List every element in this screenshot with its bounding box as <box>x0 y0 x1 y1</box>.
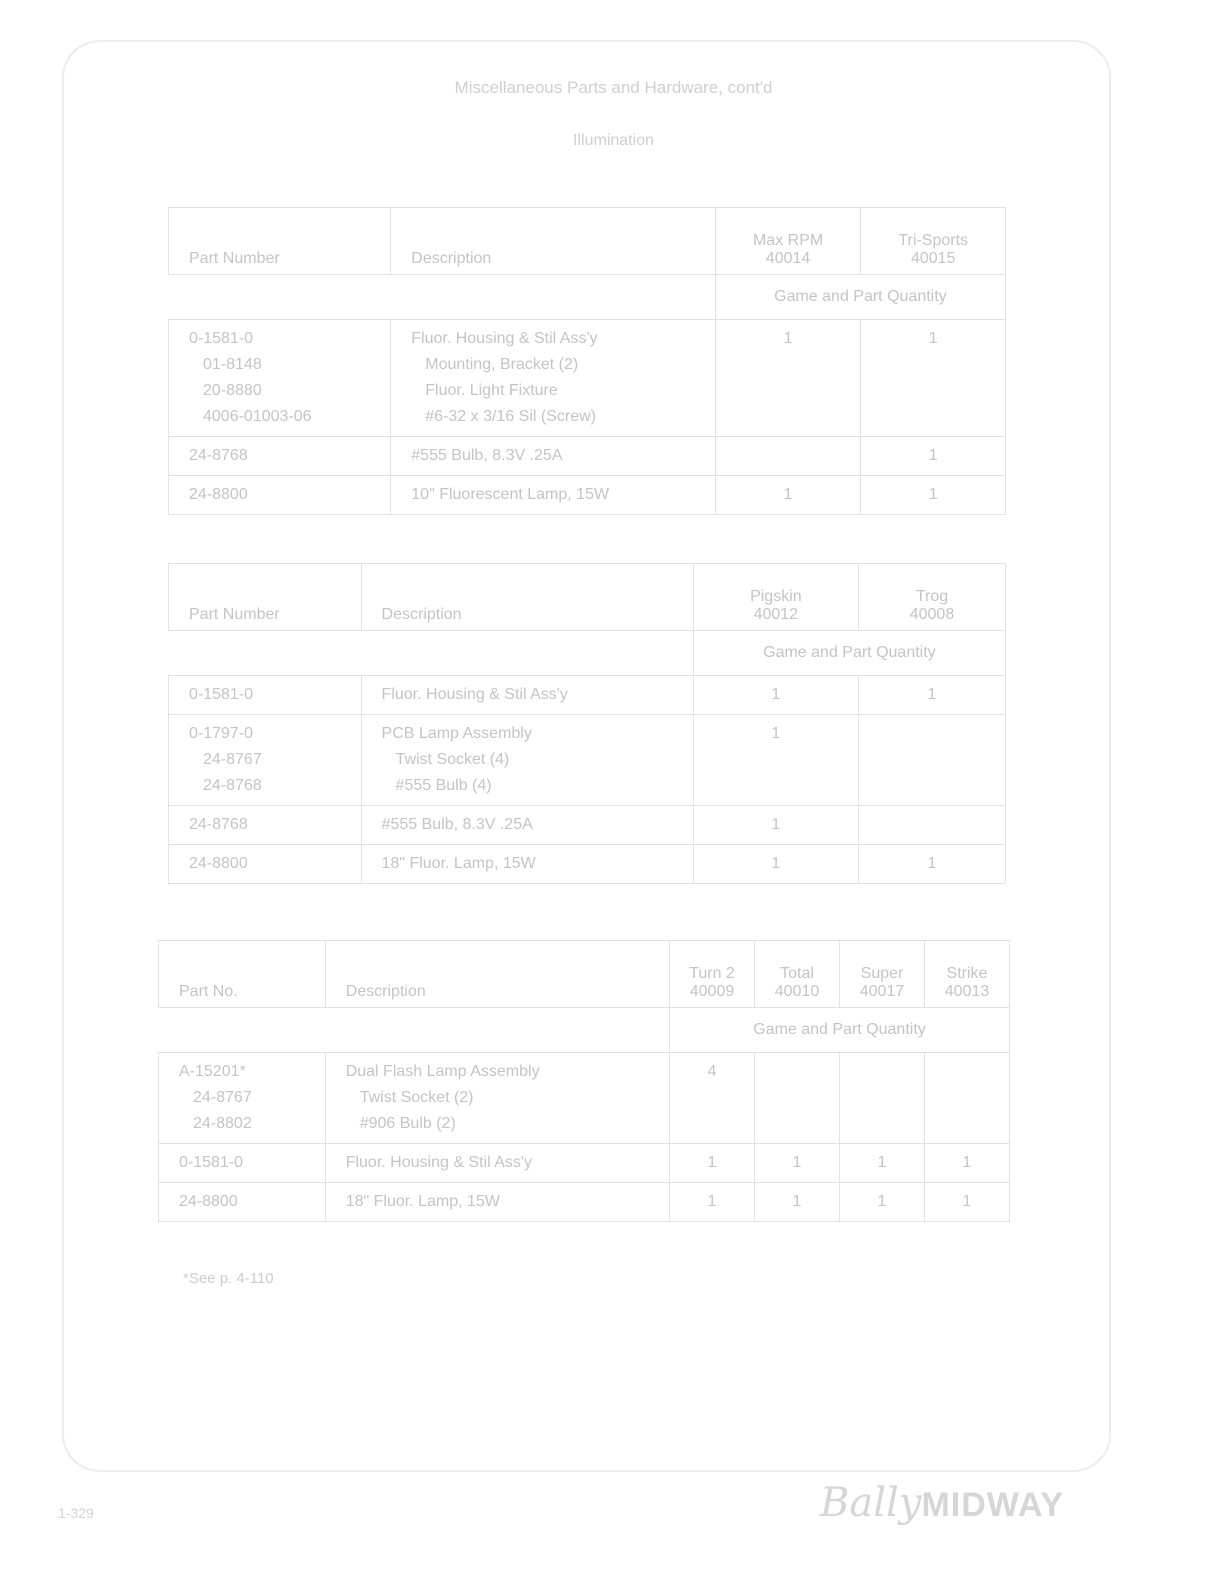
quantity-cell <box>755 1053 840 1144</box>
quantity-cell: 1 <box>861 437 1006 476</box>
main-line: 18" Fluor. Lamp, 15W <box>346 1189 649 1215</box>
header-part-number: Part Number <box>169 208 391 275</box>
quantity-cell <box>858 715 1005 806</box>
parts-table-2: Part NumberDescriptionPigskin40012Trog40… <box>168 563 1006 884</box>
quantity-cell: 1 <box>925 1183 1010 1222</box>
main-line: Dual Flash Lamp Assembly <box>346 1059 649 1085</box>
game-number: 40012 <box>700 606 852 624</box>
sub-line: #555 Bulb (4) <box>382 773 673 799</box>
description-cell: Fluor. Housing & Stil Ass'yMounting, Bra… <box>391 320 716 437</box>
table-row: 0-1581-0Fluor. Housing & Stil Ass'y1111 <box>159 1144 1010 1183</box>
main-line: Fluor. Housing & Stil Ass'y <box>382 682 673 708</box>
page-title: Miscellaneous Parts and Hardware, cont'd <box>0 78 1227 98</box>
header-game: Turn 240009 <box>670 941 755 1008</box>
main-line: 24-8800 <box>189 851 341 877</box>
sub-line: 24-8768 <box>189 773 341 799</box>
main-line: #555 Bulb, 8.3V .25A <box>411 443 695 469</box>
parts-table-1: Part NumberDescriptionMax RPM40014Tri-Sp… <box>168 207 1006 515</box>
part-number-cell: A-15201*24-876724-8802 <box>159 1053 326 1144</box>
header-part-number: Part No. <box>159 941 326 1008</box>
main-line: 24-8768 <box>189 812 341 838</box>
quantity-cell: 1 <box>840 1183 925 1222</box>
header-description: Description <box>325 941 669 1008</box>
main-line: 24-8800 <box>179 1189 305 1215</box>
table-row: 0-1581-001-814820-88804006-01003-06Fluor… <box>169 320 1006 437</box>
table-row: 24-880010" Fluorescent Lamp, 15W11 <box>169 476 1006 515</box>
part-number-cell: 24-8768 <box>169 806 362 845</box>
quantity-cell: 1 <box>715 476 861 515</box>
subheader-row: Game and Part Quantity <box>169 631 1006 676</box>
header-description: Description <box>391 208 716 275</box>
quantity-cell <box>840 1053 925 1144</box>
subheader-blank <box>169 275 716 320</box>
game-number: 40013 <box>931 983 1003 1001</box>
table-row: 24-880018" Fluor. Lamp, 15W1111 <box>159 1183 1010 1222</box>
description-cell: PCB Lamp AssemblyTwist Socket (4)#555 Bu… <box>361 715 693 806</box>
table-row: 0-1581-0Fluor. Housing & Stil Ass'y11 <box>169 676 1006 715</box>
description-cell: Fluor. Housing & Stil Ass'y <box>325 1144 669 1183</box>
subheader-row: Game and Part Quantity <box>169 275 1006 320</box>
logo-script: Bally <box>820 1480 921 1526</box>
main-line: #555 Bulb, 8.3V .25A <box>382 812 673 838</box>
main-line: A-15201* <box>179 1059 305 1085</box>
sub-line: 24-8767 <box>179 1085 305 1111</box>
footnote: *See p. 4-110 <box>183 1270 274 1287</box>
game-number: 40008 <box>865 606 999 624</box>
part-number-cell: 24-8800 <box>159 1183 326 1222</box>
header-part-number: Part Number <box>169 564 362 631</box>
subheader-row: Game and Part Quantity <box>159 1008 1010 1053</box>
sub-line: 01-8148 <box>189 352 370 378</box>
quantity-cell: 1 <box>925 1144 1010 1183</box>
subheader-quantity: Game and Part Quantity <box>715 275 1005 320</box>
header-game: Max RPM40014 <box>715 208 861 275</box>
game-number: 40015 <box>867 250 999 268</box>
main-line: 24-8768 <box>189 443 370 469</box>
main-line: 10" Fluorescent Lamp, 15W <box>411 482 695 508</box>
game-name: Turn 2 <box>676 965 748 983</box>
quantity-cell: 1 <box>755 1144 840 1183</box>
subheader-quantity: Game and Part Quantity <box>693 631 1005 676</box>
main-line: PCB Lamp Assembly <box>382 721 673 747</box>
header-game: Super40017 <box>840 941 925 1008</box>
table-row: 24-8768#555 Bulb, 8.3V .25A1 <box>169 806 1006 845</box>
header-game: Strike40013 <box>925 941 1010 1008</box>
header-game: Total40010 <box>755 941 840 1008</box>
part-number-cell: 0-1797-024-876724-8768 <box>169 715 362 806</box>
quantity-cell <box>858 806 1005 845</box>
quantity-cell: 1 <box>693 715 858 806</box>
description-cell: Dual Flash Lamp AssemblyTwist Socket (2)… <box>325 1053 669 1144</box>
sub-line: #6-32 x 3/16 Sil (Screw) <box>411 404 695 430</box>
game-name: Pigskin <box>700 588 852 606</box>
main-line: 18" Fluor. Lamp, 15W <box>382 851 673 877</box>
subheader-blank <box>159 1008 670 1053</box>
section-subtitle: Illumination <box>0 132 1227 150</box>
subheader-quantity: Game and Part Quantity <box>670 1008 1010 1053</box>
page-number: 1-329 <box>58 1505 94 1521</box>
quantity-cell: 1 <box>861 476 1006 515</box>
main-line: 0-1581-0 <box>189 326 370 352</box>
quantity-cell <box>925 1053 1010 1144</box>
game-number: 40010 <box>761 983 833 1001</box>
sub-line: Fluor. Light Fixture <box>411 378 695 404</box>
game-name: Total <box>761 965 833 983</box>
header-description: Description <box>361 564 693 631</box>
game-number: 40014 <box>722 250 855 268</box>
quantity-cell: 1 <box>693 676 858 715</box>
main-line: Fluor. Housing & Stil Ass'y <box>411 326 695 352</box>
sub-line: 20-8880 <box>189 378 370 404</box>
quantity-cell <box>715 437 861 476</box>
part-number-cell: 24-8800 <box>169 476 391 515</box>
game-name: Super <box>846 965 918 983</box>
quantity-cell: 1 <box>861 320 1006 437</box>
quantity-cell: 1 <box>715 320 861 437</box>
part-number-cell: 0-1581-0 <box>159 1144 326 1183</box>
subheader-blank <box>169 631 694 676</box>
description-cell: Fluor. Housing & Stil Ass'y <box>361 676 693 715</box>
header-row: Part NumberDescriptionPigskin40012Trog40… <box>169 564 1006 631</box>
part-number-cell: 24-8800 <box>169 845 362 884</box>
quantity-cell: 1 <box>693 806 858 845</box>
main-line: 0-1581-0 <box>179 1150 305 1176</box>
game-name: Tri-Sports <box>867 232 999 250</box>
table-row: 24-880018" Fluor. Lamp, 15W11 <box>169 845 1006 884</box>
header-game: Pigskin40012 <box>693 564 858 631</box>
logo-block: MIDWAY <box>921 1486 1064 1524</box>
header-game: Tri-Sports40015 <box>861 208 1006 275</box>
table-row: A-15201*24-876724-8802Dual Flash Lamp As… <box>159 1053 1010 1144</box>
quantity-cell: 1 <box>670 1183 755 1222</box>
quantity-cell: 4 <box>670 1053 755 1144</box>
game-name: Trog <box>865 588 999 606</box>
game-name: Strike <box>931 965 1003 983</box>
main-line: 0-1581-0 <box>189 682 341 708</box>
sub-line: #906 Bulb (2) <box>346 1111 649 1137</box>
bally-midway-logo: BallyMIDWAY <box>820 1480 1064 1526</box>
quantity-cell: 1 <box>858 845 1005 884</box>
quantity-cell: 1 <box>670 1144 755 1183</box>
part-number-cell: 0-1581-0 <box>169 676 362 715</box>
main-line: Fluor. Housing & Stil Ass'y <box>346 1150 649 1176</box>
table-row: 0-1797-024-876724-8768PCB Lamp AssemblyT… <box>169 715 1006 806</box>
main-line: 24-8800 <box>189 482 370 508</box>
description-cell: #555 Bulb, 8.3V .25A <box>361 806 693 845</box>
description-cell: #555 Bulb, 8.3V .25A <box>391 437 716 476</box>
part-number-cell: 0-1581-001-814820-88804006-01003-06 <box>169 320 391 437</box>
header-game: Trog40008 <box>858 564 1005 631</box>
quantity-cell: 1 <box>858 676 1005 715</box>
quantity-cell: 1 <box>840 1144 925 1183</box>
quantity-cell: 1 <box>693 845 858 884</box>
sub-line: 24-8767 <box>189 747 341 773</box>
part-number-cell: 24-8768 <box>169 437 391 476</box>
header-row: Part NumberDescriptionMax RPM40014Tri-Sp… <box>169 208 1006 275</box>
game-name: Max RPM <box>722 232 855 250</box>
sub-line: 24-8802 <box>179 1111 305 1137</box>
main-line: 0-1797-0 <box>189 721 341 747</box>
sub-line: 4006-01003-06 <box>189 404 370 430</box>
description-cell: 18" Fluor. Lamp, 15W <box>325 1183 669 1222</box>
sub-line: Mounting, Bracket (2) <box>411 352 695 378</box>
game-number: 40009 <box>676 983 748 1001</box>
header-row: Part No.DescriptionTurn 240009Total40010… <box>159 941 1010 1008</box>
description-cell: 10" Fluorescent Lamp, 15W <box>391 476 716 515</box>
sub-line: Twist Socket (2) <box>346 1085 649 1111</box>
table-row: 24-8768#555 Bulb, 8.3V .25A1 <box>169 437 1006 476</box>
sub-line: Twist Socket (4) <box>382 747 673 773</box>
quantity-cell: 1 <box>755 1183 840 1222</box>
parts-table-3: Part No.DescriptionTurn 240009Total40010… <box>158 940 1010 1222</box>
description-cell: 18" Fluor. Lamp, 15W <box>361 845 693 884</box>
game-number: 40017 <box>846 983 918 1001</box>
